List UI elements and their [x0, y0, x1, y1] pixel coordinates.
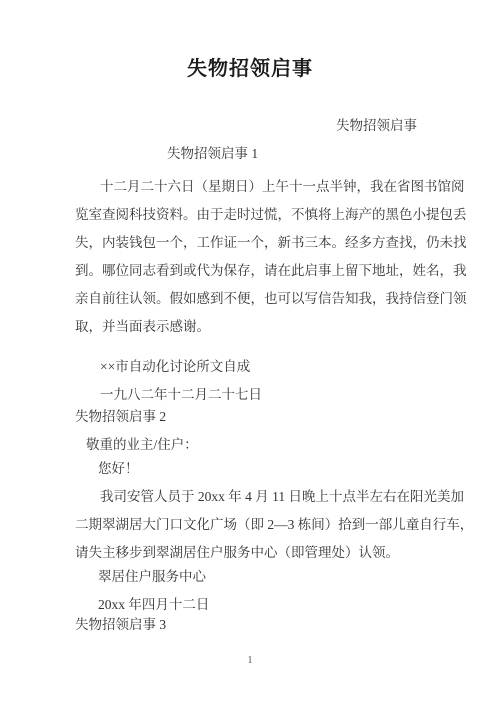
notice3-heading: 失物招领启事 3: [75, 611, 479, 639]
notice1-paragraph-line: 亲自前往认领。假如感到不便，也可以写信告知我，我持信登门领: [75, 285, 479, 313]
notice2-heading: 失物招领启事 2: [75, 403, 479, 431]
notice1-heading: 失物招领启事 1: [75, 140, 479, 168]
header-right-title: 失物招领启事: [75, 112, 479, 140]
document-page: 失物招领启事 失物招领启事 失物招领启事 1 十二月二十六日（星期日）上午十一点…: [0, 0, 500, 708]
notice2-paragraph-line: 我司安管人员于 20xx 年 4 月 11 日晚上十点半左右在阳光美加: [75, 483, 479, 511]
notice1-paragraph-line: 十二月二十六日（星期日）上午十一点半钟，我在省图书馆阅: [75, 173, 479, 201]
notice2-signature: 翠居住户服务中心: [75, 563, 479, 591]
document-title: 失物招领启事: [0, 56, 500, 82]
page-number: 1: [0, 654, 500, 668]
notice1-paragraph-line: 失，内装钱包一个，工作证一个，新书三本。经多方查找，仍未找: [75, 229, 479, 257]
notice1-paragraph-line: 取，并当面表示感谢。: [75, 313, 479, 341]
notice1-paragraph-line: 览室查阅科技资料。由于走时过慌，不慎将上海产的黑色小提包丢: [75, 201, 479, 229]
notice1-signature: ××市自动化讨论所文自成: [75, 353, 479, 381]
notice1-paragraph-line: 到。哪位同志看到或代为保存，请在此启事上留下地址，姓名，我: [75, 257, 479, 285]
notice2-greeting: 您好！: [75, 455, 479, 483]
notice2-paragraph-line: 二期翠湖居大门口文化广场（即 2—3 栋间）拾到一部儿童自行车，: [75, 511, 479, 539]
document-body: 失物招领启事 1 十二月二十六日（星期日）上午十一点半钟，我在省图书馆阅 览室查…: [75, 140, 479, 639]
